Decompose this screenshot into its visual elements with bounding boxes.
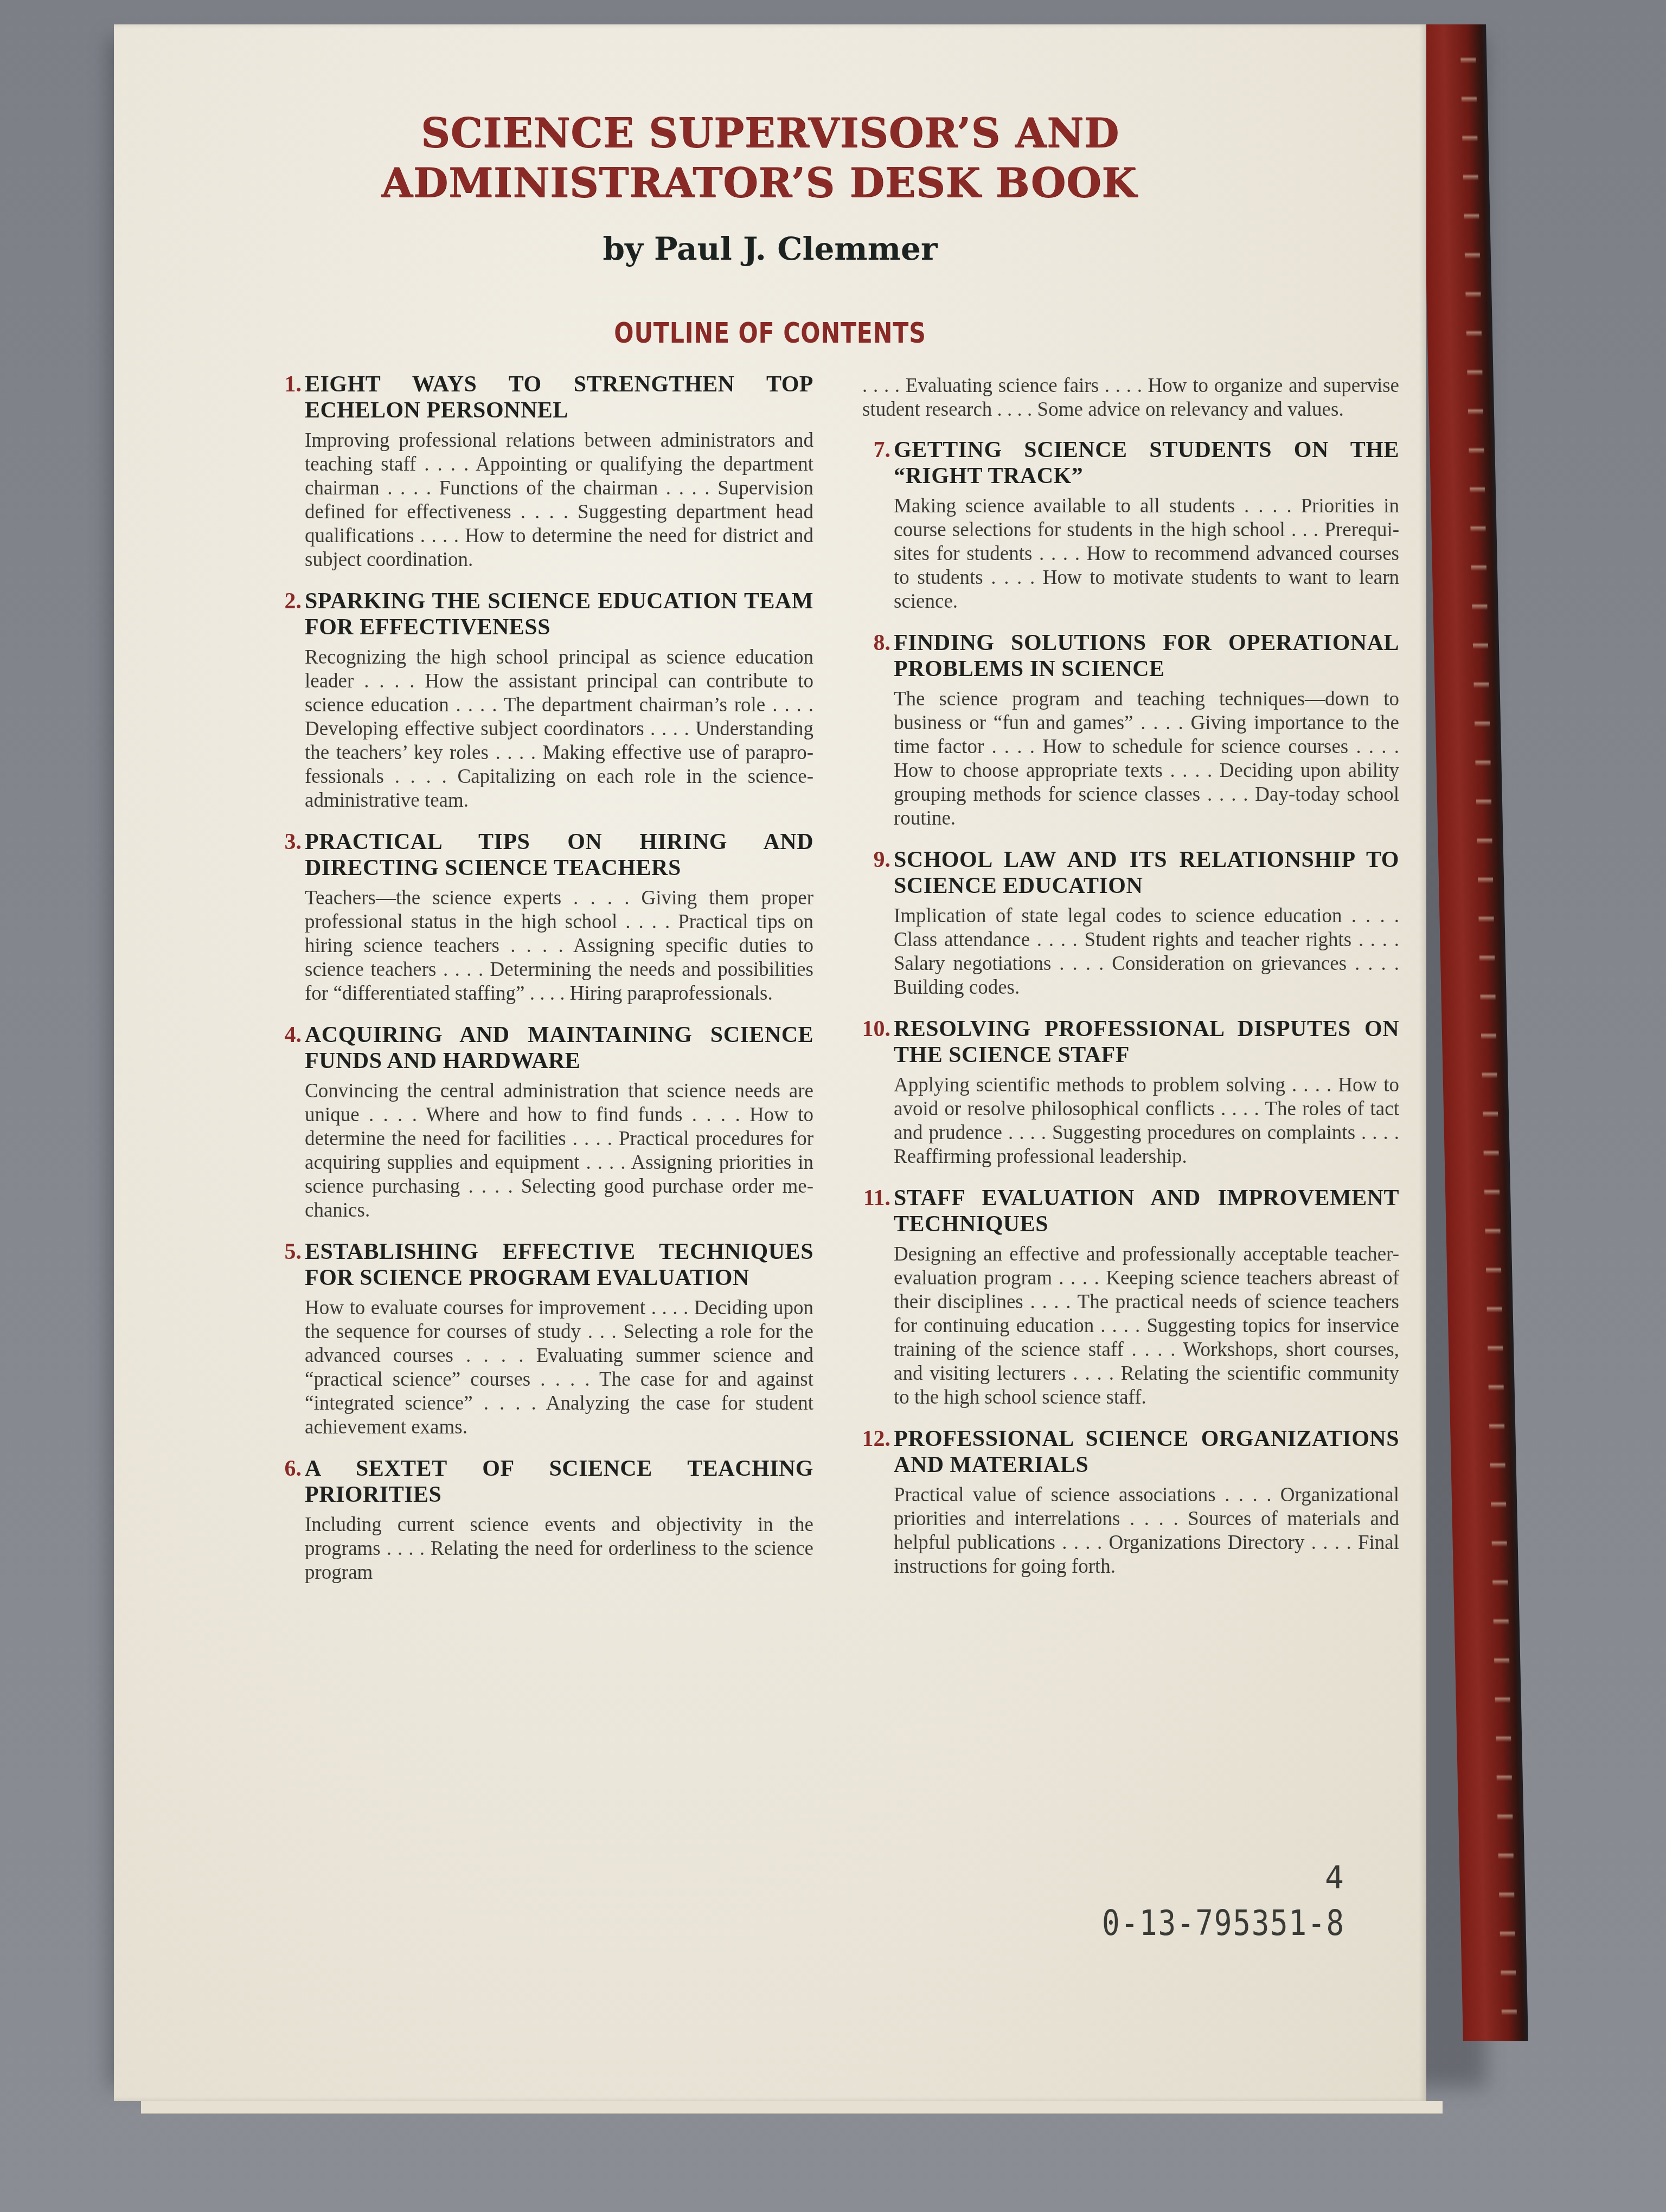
contents-section-9: 9. SCHOOL LAW AND ITS RELATION­SHIP TO S… (851, 847, 1399, 1000)
contents-section-1: 1. EIGHT WAYS TO STRENGTHEN TOP ECHELON … (271, 371, 813, 572)
section-body: Convincing the central administration th… (305, 1079, 813, 1223)
contents-column-left: 1. EIGHT WAYS TO STRENGTHEN TOP ECHELON … (271, 371, 813, 1601)
section-number: 2. (271, 588, 305, 614)
contents-section-7: 7. GETTING SCIENCE STUDENTS ON THE “RIGH… (851, 437, 1399, 614)
section-body: Implication of state legal codes to scie… (894, 904, 1399, 1000)
section-heading: ACQUIRING AND MAINTAINING SCI­ENCE FUNDS… (305, 1022, 813, 1074)
section-body: Practical value of science associations … (894, 1483, 1399, 1579)
section-number: 9. (851, 847, 894, 873)
contents-section-4: 4. ACQUIRING AND MAINTAINING SCI­ENCE FU… (271, 1022, 813, 1223)
section-number: 10. (851, 1016, 894, 1042)
section-number: 5. (271, 1239, 305, 1265)
page-block-edge (141, 2101, 1443, 2114)
section-body: The science program and teaching tech­ni… (894, 687, 1399, 831)
section-heading: ESTABLISHING EFFECTIVE TECH­NIQUES FOR S… (305, 1239, 813, 1291)
section-heading: RESOLVING PROFESSIONAL DIS­PUTES ON THE … (894, 1016, 1399, 1068)
contents-section-12: 12. PROFESSIONAL SCIENCE ORGAN­IZATIONS … (851, 1426, 1399, 1579)
contents-section-3: 3. PRACTICAL TIPS ON HIRING AND DIRECTIN… (271, 829, 813, 1006)
title-line-2: ADMINISTRATOR’S DESK BOOK (92, 158, 1426, 208)
spine-wear (1460, 24, 1517, 2041)
section-heading: SPARKING THE SCIENCE EDUCA­TION TEAM FOR… (305, 588, 813, 640)
section-body: Designing an effective and professionall… (894, 1243, 1399, 1410)
section-number: 11. (851, 1185, 894, 1211)
outline-heading: OUTLINE OF CONTENTS (232, 317, 1308, 350)
section-number: 12. (851, 1426, 894, 1452)
section-body: Including current science events and obj… (305, 1513, 813, 1585)
section-heading: STAFF EVALUATION AND IM­PROVEMENT TECHNI… (894, 1185, 1399, 1237)
section-heading: PROFESSIONAL SCIENCE ORGAN­IZATIONS AND … (894, 1426, 1399, 1478)
section-heading: PRACTICAL TIPS ON HIRING AND DIRECTING S… (305, 829, 813, 881)
section-heading: FINDING SOLUTIONS FOR OPER­ATIONAL PROBL… (894, 630, 1399, 682)
section-body: Improving professional relations between… (305, 429, 813, 572)
book-title: SCIENCE SUPERVISOR’S AND ADMINISTRATOR’S… (114, 108, 1426, 208)
title-line-1: SCIENCE SUPERVISOR’S AND (421, 110, 1119, 157)
section-number: 7. (851, 437, 894, 463)
contents-section-2: 2. SPARKING THE SCIENCE EDUCA­TION TEAM … (271, 588, 813, 813)
contents-section-8: 8. FINDING SOLUTIONS FOR OPER­ATIONAL PR… (851, 630, 1399, 831)
section-body: Teachers—the science experts . . . . Giv… (305, 886, 813, 1006)
section-number: 1. (271, 371, 305, 397)
isbn-number: 0-13-795351-8 (1102, 1904, 1345, 1944)
section-number: 3. (271, 829, 305, 855)
section-body: Applying scientific methods to problem s… (894, 1073, 1399, 1169)
section-number: 4. (271, 1022, 305, 1048)
author-byline: by Paul J. Clemmer (114, 230, 1426, 267)
section-body: Recognizing the high school principal as… (305, 646, 813, 813)
section-6-continuation: . . . . Evaluating science fairs . . . .… (851, 374, 1399, 422)
contents-section-11: 11. STAFF EVALUATION AND IM­PROVEMENT TE… (851, 1185, 1399, 1410)
section-heading: A SEXTET OF SCIENCE TEACHING PRIORITIES (305, 1456, 813, 1508)
section-number: 8. (851, 630, 894, 656)
contents-section-6: 6. A SEXTET OF SCIENCE TEACHING PRIORITI… (271, 1456, 813, 1585)
section-heading: EIGHT WAYS TO STRENGTHEN TOP ECHELON PER… (305, 371, 813, 423)
price-code: 4 (1059, 1859, 1345, 1896)
contents-column-right: . . . . Evaluating science fairs . . . .… (851, 374, 1399, 1595)
back-cover: SCIENCE SUPERVISOR’S AND ADMINISTRATOR’S… (114, 24, 1426, 2101)
section-heading: GETTING SCIENCE STUDENTS ON THE “RIGHT T… (894, 437, 1399, 489)
section-body: How to evaluate courses for improvement … (305, 1296, 813, 1439)
contents-section-10: 10. RESOLVING PROFESSIONAL DIS­PUTES ON … (851, 1016, 1399, 1169)
section-number: 6. (271, 1456, 305, 1482)
contents-section-5: 5. ESTABLISHING EFFECTIVE TECH­NIQUES FO… (271, 1239, 813, 1439)
section-body: Making science available to all students… (894, 494, 1399, 614)
section-heading: SCHOOL LAW AND ITS RELATION­SHIP TO SCIE… (894, 847, 1399, 899)
isbn-block: 4 0-13-795351-8 (1059, 1859, 1345, 1944)
